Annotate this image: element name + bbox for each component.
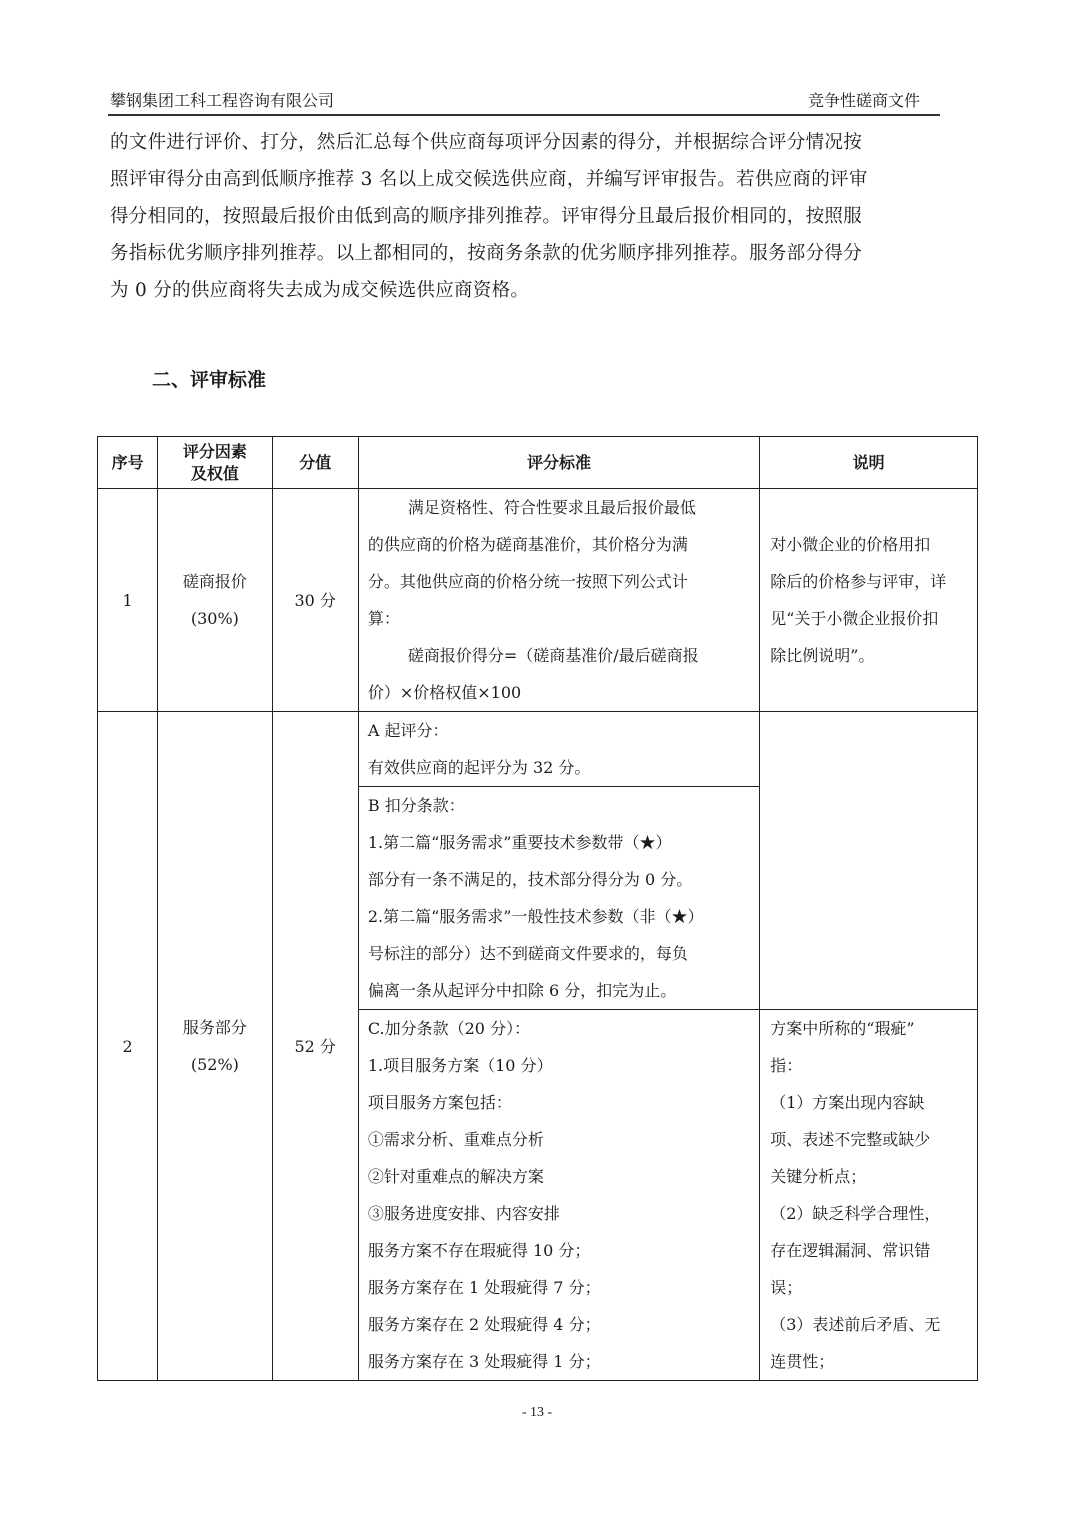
intro-line: 务指标优劣顺序排列推荐。以上都相同的，按商务条款的优劣顺序排列推荐。服务部分得分 — [110, 235, 970, 272]
factor-weight: (30%) — [158, 600, 271, 637]
criteria-line: 2.第二篇“服务需求”一般性技术参数（非（★） — [368, 898, 751, 935]
note-section-c: 方案中所称的“瑕疵” 指： （1）方案出现内容缺 项、表述不完整或缺少 关键分析… — [760, 1010, 978, 1381]
criteria-line: 1.第二篇“服务需求”重要技术参数带（★） — [368, 824, 751, 861]
criteria-line: 服务方案不存在瑕疵得 10 分； — [368, 1232, 751, 1269]
criteria-line: 的供应商的价格为磋商基准价，其价格分为满 — [368, 526, 751, 563]
criteria-line: B 扣分条款： — [368, 787, 751, 824]
factor-weight: (52%) — [158, 1046, 271, 1083]
note-line: 对小微企业的价格用扣 — [770, 526, 971, 563]
document-type: 竞争性磋商文件 — [808, 88, 920, 111]
row-criteria: 满足资格性、符合性要求且最后报价最低 的供应商的价格为磋商基准价，其价格分为满 … — [358, 489, 759, 712]
row-no: 1 — [98, 489, 158, 712]
criteria-section-b: B 扣分条款： 1.第二篇“服务需求”重要技术参数带（★） 部分有一条不满足的，… — [358, 787, 759, 1010]
intro-line: 的文件进行评价、打分，然后汇总每个供应商每项评分因素的得分，并根据综合评分情况按 — [110, 124, 970, 161]
criteria-line: 有效供应商的起评分为 32 分。 — [368, 749, 751, 786]
company-name: 攀钢集团工科工程咨询有限公司 — [110, 88, 334, 111]
note-line: 指： — [770, 1047, 971, 1084]
note-empty — [760, 712, 978, 1010]
criteria-line: 价）×价格权值×100 — [368, 674, 751, 711]
row-factor: 服务部分 (52%) — [158, 712, 272, 1381]
criteria-line: ②针对重难点的解决方案 — [368, 1158, 751, 1195]
row-note: 对小微企业的价格用扣 除后的价格参与评审，详 见“关于小微企业报价扣 除比例说明… — [760, 489, 978, 712]
section-title: 二、评审标准 — [152, 365, 266, 392]
criteria-line: 分。其他供应商的价格分统一按照下列公式计 — [368, 563, 751, 600]
criteria-line: 算： — [368, 600, 751, 637]
intro-line: 照评审得分由高到低顺序推荐 3 名以上成交候选供应商，并编写评审报告。若供应商的… — [110, 161, 970, 198]
header-no: 序号 — [98, 437, 158, 489]
criteria-line: 服务方案存在 3 处瑕疵得 1 分； — [368, 1343, 751, 1380]
note-line: 关键分析点； — [770, 1158, 971, 1195]
header-note: 说明 — [760, 437, 978, 489]
factor-name: 服务部分 — [158, 1009, 271, 1046]
criteria-line: 服务方案存在 2 处瑕疵得 4 分； — [368, 1306, 751, 1343]
page-number: - 13 - — [0, 1405, 1074, 1421]
evaluation-criteria-table: 序号 评分因素 及权值 分值 评分标准 说明 1 磋商报价 (30%) 30 分… — [97, 436, 978, 1381]
criteria-line: A 起评分： — [368, 712, 751, 749]
note-line: 除比例说明”。 — [770, 637, 971, 674]
intro-line: 得分相同的，按照最后报价由低到高的顺序排列推荐。评审得分且最后报价相同的，按照服 — [110, 198, 970, 235]
criteria-line: 项目服务方案包括： — [368, 1084, 751, 1121]
note-line: 误； — [770, 1269, 971, 1306]
header-factor-line1: 评分因素 — [158, 441, 271, 463]
note-line: （2）缺乏科学合理性， — [770, 1195, 971, 1232]
note-line: 连贯性； — [770, 1343, 971, 1380]
criteria-line: C.加分条款（20 分）： — [368, 1010, 751, 1047]
header-factor: 评分因素 及权值 — [158, 437, 272, 489]
note-line: （3）表述前后矛盾、无 — [770, 1306, 971, 1343]
row-no: 2 — [98, 712, 158, 1381]
note-line: 见“关于小微企业报价扣 — [770, 600, 971, 637]
criteria-line: 1.项目服务方案（10 分） — [368, 1047, 751, 1084]
note-line: 除后的价格参与评审，详 — [770, 563, 971, 600]
note-line: 项、表述不完整或缺少 — [770, 1121, 971, 1158]
header-factor-line2: 及权值 — [158, 463, 271, 485]
criteria-line: 号标注的部分）达不到磋商文件要求的，每负 — [368, 935, 751, 972]
table-header-row: 序号 评分因素 及权值 分值 评分标准 说明 — [98, 437, 978, 489]
criteria-line: 偏离一条从起评分中扣除 6 分，扣完为止。 — [368, 972, 751, 1009]
table-row: 2 服务部分 (52%) 52 分 A 起评分： 有效供应商的起评分为 32 分… — [98, 712, 978, 787]
criteria-line: ③服务进度安排、内容安排 — [368, 1195, 751, 1232]
header-rule — [108, 114, 940, 116]
criteria-line: 服务方案存在 1 处瑕疵得 7 分； — [368, 1269, 751, 1306]
criteria-line: 磋商报价得分=（磋商基准价/最后磋商报 — [368, 637, 751, 674]
note-line: （1）方案出现内容缺 — [770, 1084, 971, 1121]
row-score: 30 分 — [272, 489, 358, 712]
row-score: 52 分 — [272, 712, 358, 1381]
intro-line: 为 0 分的供应商将失去成为成交候选供应商资格。 — [110, 272, 970, 309]
header-criteria: 评分标准 — [358, 437, 759, 489]
criteria-line: 部分有一条不满足的，技术部分得分为 0 分。 — [368, 861, 751, 898]
table-row: 1 磋商报价 (30%) 30 分 满足资格性、符合性要求且最后报价最低 的供应… — [98, 489, 978, 712]
criteria-section-c: C.加分条款（20 分）： 1.项目服务方案（10 分） 项目服务方案包括： ①… — [358, 1010, 759, 1381]
page-header: 攀钢集团工科工程咨询有限公司 竞争性磋商文件 — [110, 88, 938, 114]
criteria-line: ①需求分析、重难点分析 — [368, 1121, 751, 1158]
row-factor: 磋商报价 (30%) — [158, 489, 272, 712]
note-line: 方案中所称的“瑕疵” — [770, 1010, 971, 1047]
factor-name: 磋商报价 — [158, 563, 271, 600]
criteria-section-a: A 起评分： 有效供应商的起评分为 32 分。 — [358, 712, 759, 787]
intro-paragraph: 的文件进行评价、打分，然后汇总每个供应商每项评分因素的得分，并根据综合评分情况按… — [110, 124, 970, 309]
note-line: 存在逻辑漏洞、常识错 — [770, 1232, 971, 1269]
criteria-line: 满足资格性、符合性要求且最后报价最低 — [368, 489, 751, 526]
header-score: 分值 — [272, 437, 358, 489]
